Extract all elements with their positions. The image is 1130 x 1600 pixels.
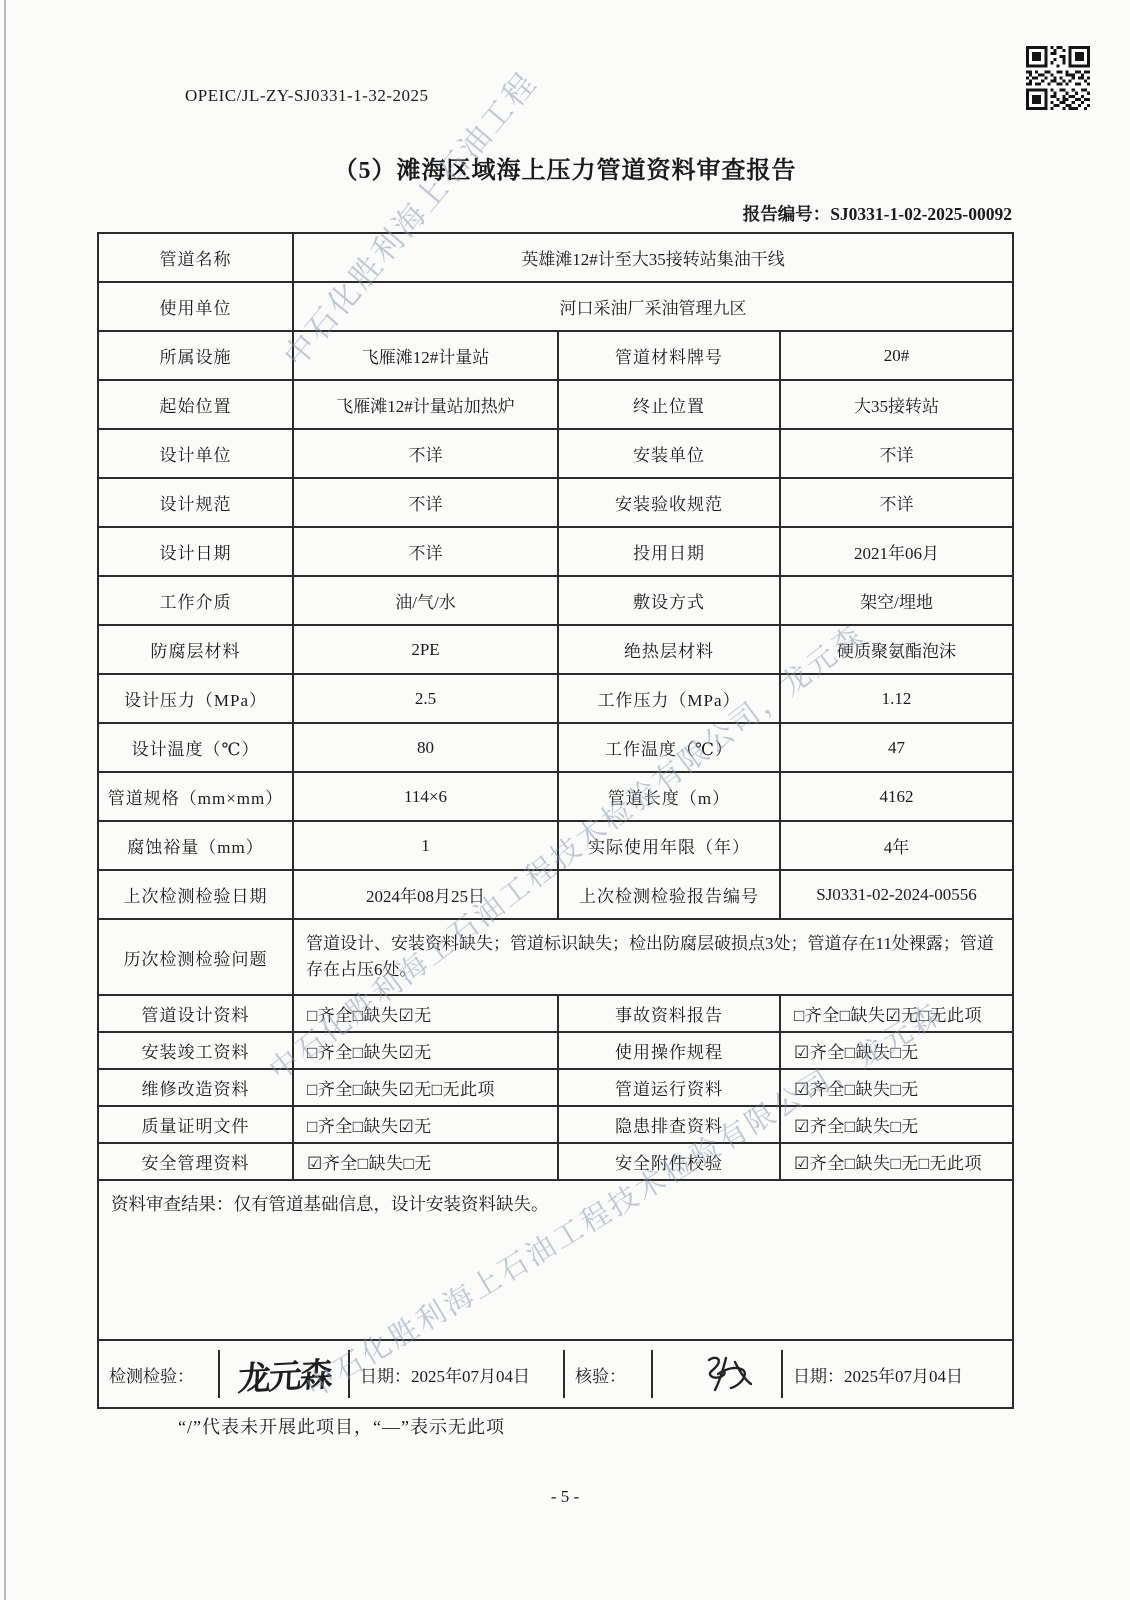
review-report-table: 管道名称英雄滩12#计至大35接转站集油干线使用单位河口采油厂采油管理九区 所属… [97, 232, 1014, 1409]
field-value: 2024年08月25日 [293, 870, 558, 919]
table-row: 使用单位河口采油厂采油管理九区 [98, 282, 1013, 331]
field-label: 绝热层材料 [558, 625, 780, 674]
table-row: 历次检测检验问题 管道设计、安装资料缺失；管道标识缺失；检出防腐层破损点3处；管… [98, 919, 1013, 995]
field-label: 设计日期 [98, 527, 293, 576]
inspector-label: 检测检验： [99, 1350, 218, 1398]
field-value: 2021年06月 [780, 527, 1013, 576]
field-value: 不详 [293, 527, 558, 576]
checkbox-value: □齐全□缺失☑无 [293, 995, 558, 1032]
field-label: 安装验收规范 [558, 478, 780, 527]
verifier-signature-scribble [651, 1350, 781, 1398]
field-value: SJ0331-02-2024-00556 [780, 870, 1013, 919]
field-label: 管道规格（mm×mm） [98, 772, 293, 821]
field-label: 安全管理资料 [98, 1143, 293, 1180]
field-label: 设计温度（℃） [98, 723, 293, 772]
verification-date: 日期：2025年07月04日 [781, 1350, 1012, 1398]
field-value: 河口采油厂采油管理九区 [293, 282, 1013, 331]
table-row: 腐蚀裕量（mm）1实际使用年限（年）4年 [98, 821, 1013, 870]
field-label: 工作介质 [98, 576, 293, 625]
field-value: 不详 [293, 478, 558, 527]
field-value: 1 [293, 821, 558, 870]
table-row: 资料审查结果：仅有管道基础信息，设计安装资料缺失。 [98, 1180, 1013, 1340]
field-value: 4年 [780, 821, 1013, 870]
field-value: 47 [780, 723, 1013, 772]
table-row: 质量证明文件□齐全□缺失☑无隐患排查资料☑齐全□缺失□无 [98, 1106, 1013, 1143]
field-label: 管道运行资料 [558, 1069, 780, 1106]
field-value: 飞雁滩12#计量站加热炉 [293, 380, 558, 429]
checkbox-value: □齐全□缺失☑无 [293, 1106, 558, 1143]
field-label: 隐患排查资料 [558, 1106, 780, 1143]
field-label: 起始位置 [98, 380, 293, 429]
review-result-row: 资料审查结果：仅有管道基础信息，设计安装资料缺失。 [98, 1180, 1013, 1340]
table-row: 维修改造资料□齐全□缺失☑无□无此项管道运行资料☑齐全□缺失□无 [98, 1069, 1013, 1106]
field-label: 管道材料牌号 [558, 331, 780, 380]
page-title: （5）滩海区域海上压力管道资料审查报告 [0, 150, 1130, 185]
field-label: 管道长度（m） [558, 772, 780, 821]
field-value: 架空/埋地 [780, 576, 1013, 625]
field-value: 管道设计、安装资料缺失；管道标识缺失；检出防腐层破损点3处；管道存在11处裸露；… [293, 919, 1013, 995]
table-row: 设计规范不详安装验收规范不详 [98, 478, 1013, 527]
table-row: 所属设施飞雁滩12#计量站管道材料牌号20# [98, 331, 1013, 380]
report-number: 报告编号：SJ0331-1-02-2025-00092 [743, 201, 1012, 226]
field-value: 油/气/水 [293, 576, 558, 625]
field-value: 不详 [780, 429, 1013, 478]
field-label: 终止位置 [558, 380, 780, 429]
field-label: 安装单位 [558, 429, 780, 478]
qr-code-icon [1025, 46, 1091, 110]
basic-info-full-rows: 管道名称英雄滩12#计至大35接转站集油干线使用单位河口采油厂采油管理九区 [98, 233, 1013, 331]
table-row: 工作介质油/气/水敷设方式架空/埋地 [98, 576, 1013, 625]
field-label: 管道设计资料 [98, 995, 293, 1032]
previous-issues-row: 历次检测检验问题 管道设计、安装资料缺失；管道标识缺失；检出防腐层破损点3处；管… [98, 919, 1013, 995]
table-row: 管道名称英雄滩12#计至大35接转站集油干线 [98, 233, 1013, 282]
field-label: 设计规范 [98, 478, 293, 527]
legend-footnote: “/”代表未开展此项目，“—”表示无此项 [178, 1413, 505, 1439]
field-label: 安全附件校验 [558, 1143, 780, 1180]
field-label: 敷设方式 [558, 576, 780, 625]
checkbox-value: ☑齐全□缺失□无 [293, 1143, 558, 1180]
document-code: OPEIC/JL-ZY-SJ0331-1-32-2025 [185, 86, 429, 106]
checkbox-value: ☑齐全□缺失□无 [780, 1069, 1013, 1106]
field-label: 工作压力（MPa） [558, 674, 780, 723]
inspection-date: 日期：2025年07月04日 [348, 1350, 563, 1398]
scan-edge-artifact [4, 0, 6, 1600]
field-label: 防腐层材料 [98, 625, 293, 674]
table-row: 管道规格（mm×mm）114×6管道长度（m）4162 [98, 772, 1013, 821]
field-label: 维修改造资料 [98, 1069, 293, 1106]
field-value: 不详 [293, 429, 558, 478]
field-value: 1.12 [780, 674, 1013, 723]
inspector-signature: 龙元森 [218, 1350, 348, 1398]
field-label: 设计单位 [98, 429, 293, 478]
field-value: 大35接转站 [780, 380, 1013, 429]
table-row: 检测检验： 龙元森 日期：2025年07月04日 核验： [98, 1340, 1013, 1408]
table-row: 设计压力（MPa）2.5工作压力（MPa）1.12 [98, 674, 1013, 723]
field-label: 投用日期 [558, 527, 780, 576]
checkbox-value: ☑齐全□缺失□无□无此项 [780, 1143, 1013, 1180]
table-row: 设计日期不详投用日期2021年06月 [98, 527, 1013, 576]
table-row: 安装竣工资料□齐全□缺失☑无使用操作规程☑齐全□缺失□无 [98, 1032, 1013, 1069]
signature-row: 检测检验： 龙元森 日期：2025年07月04日 核验： [98, 1340, 1013, 1408]
table-row: 安全管理资料☑齐全□缺失□无安全附件校验☑齐全□缺失□无□无此项 [98, 1143, 1013, 1180]
document-checklist-rows: 管道设计资料□齐全□缺失☑无事故资料报告□齐全□缺失☑无□无此项安装竣工资料□齐… [98, 995, 1013, 1180]
table-row: 防腐层材料2PE绝热层材料硬质聚氨酯泡沫 [98, 625, 1013, 674]
field-label: 工作温度（℃） [558, 723, 780, 772]
page-number: - 5 - [0, 1487, 1130, 1507]
table-row: 起始位置飞雁滩12#计量站加热炉终止位置大35接转站 [98, 380, 1013, 429]
field-value: 2PE [293, 625, 558, 674]
field-label: 上次检测检验报告编号 [558, 870, 780, 919]
field-value: 20# [780, 331, 1013, 380]
field-value: 4162 [780, 772, 1013, 821]
basic-info-pair-rows: 所属设施飞雁滩12#计量站管道材料牌号20#起始位置飞雁滩12#计量站加热炉终止… [98, 331, 1013, 919]
field-label: 使用操作规程 [558, 1032, 780, 1069]
field-label: 使用单位 [98, 282, 293, 331]
field-value: 80 [293, 723, 558, 772]
field-label: 事故资料报告 [558, 995, 780, 1032]
checkbox-value: □齐全□缺失☑无□无此项 [293, 1069, 558, 1106]
field-label: 历次检测检验问题 [98, 919, 293, 995]
field-value: 英雄滩12#计至大35接转站集油干线 [293, 233, 1013, 282]
field-label: 上次检测检验日期 [98, 870, 293, 919]
table-row: 上次检测检验日期2024年08月25日上次检测检验报告编号SJ0331-02-2… [98, 870, 1013, 919]
field-label: 实际使用年限（年） [558, 821, 780, 870]
field-value: 不详 [780, 478, 1013, 527]
scanned-report-page: OPEIC/JL-ZY-SJ0331-1-32-2025 [0, 0, 1130, 1600]
field-label: 质量证明文件 [98, 1106, 293, 1143]
checkbox-value: ☑齐全□缺失□无 [780, 1106, 1013, 1143]
field-label: 所属设施 [98, 331, 293, 380]
checkbox-value: ☑齐全□缺失□无 [780, 1032, 1013, 1069]
checkbox-value: □齐全□缺失☑无□无此项 [780, 995, 1013, 1032]
checkbox-value: □齐全□缺失☑无 [293, 1032, 558, 1069]
field-label: 安装竣工资料 [98, 1032, 293, 1069]
field-value: 114×6 [293, 772, 558, 821]
verifier-label: 核验： [563, 1350, 651, 1398]
field-value: 2.5 [293, 674, 558, 723]
review-result-text: 资料审查结果：仅有管道基础信息，设计安装资料缺失。 [98, 1180, 1013, 1340]
table-row: 设计温度（℃）80工作温度（℃）47 [98, 723, 1013, 772]
field-label: 设计压力（MPa） [98, 674, 293, 723]
field-value: 硬质聚氨酯泡沫 [780, 625, 1013, 674]
field-label: 腐蚀裕量（mm） [98, 821, 293, 870]
table-row: 管道设计资料□齐全□缺失☑无事故资料报告□齐全□缺失☑无□无此项 [98, 995, 1013, 1032]
table-row: 设计单位不详安装单位不详 [98, 429, 1013, 478]
field-label: 管道名称 [98, 233, 293, 282]
field-value: 飞雁滩12#计量站 [293, 331, 558, 380]
